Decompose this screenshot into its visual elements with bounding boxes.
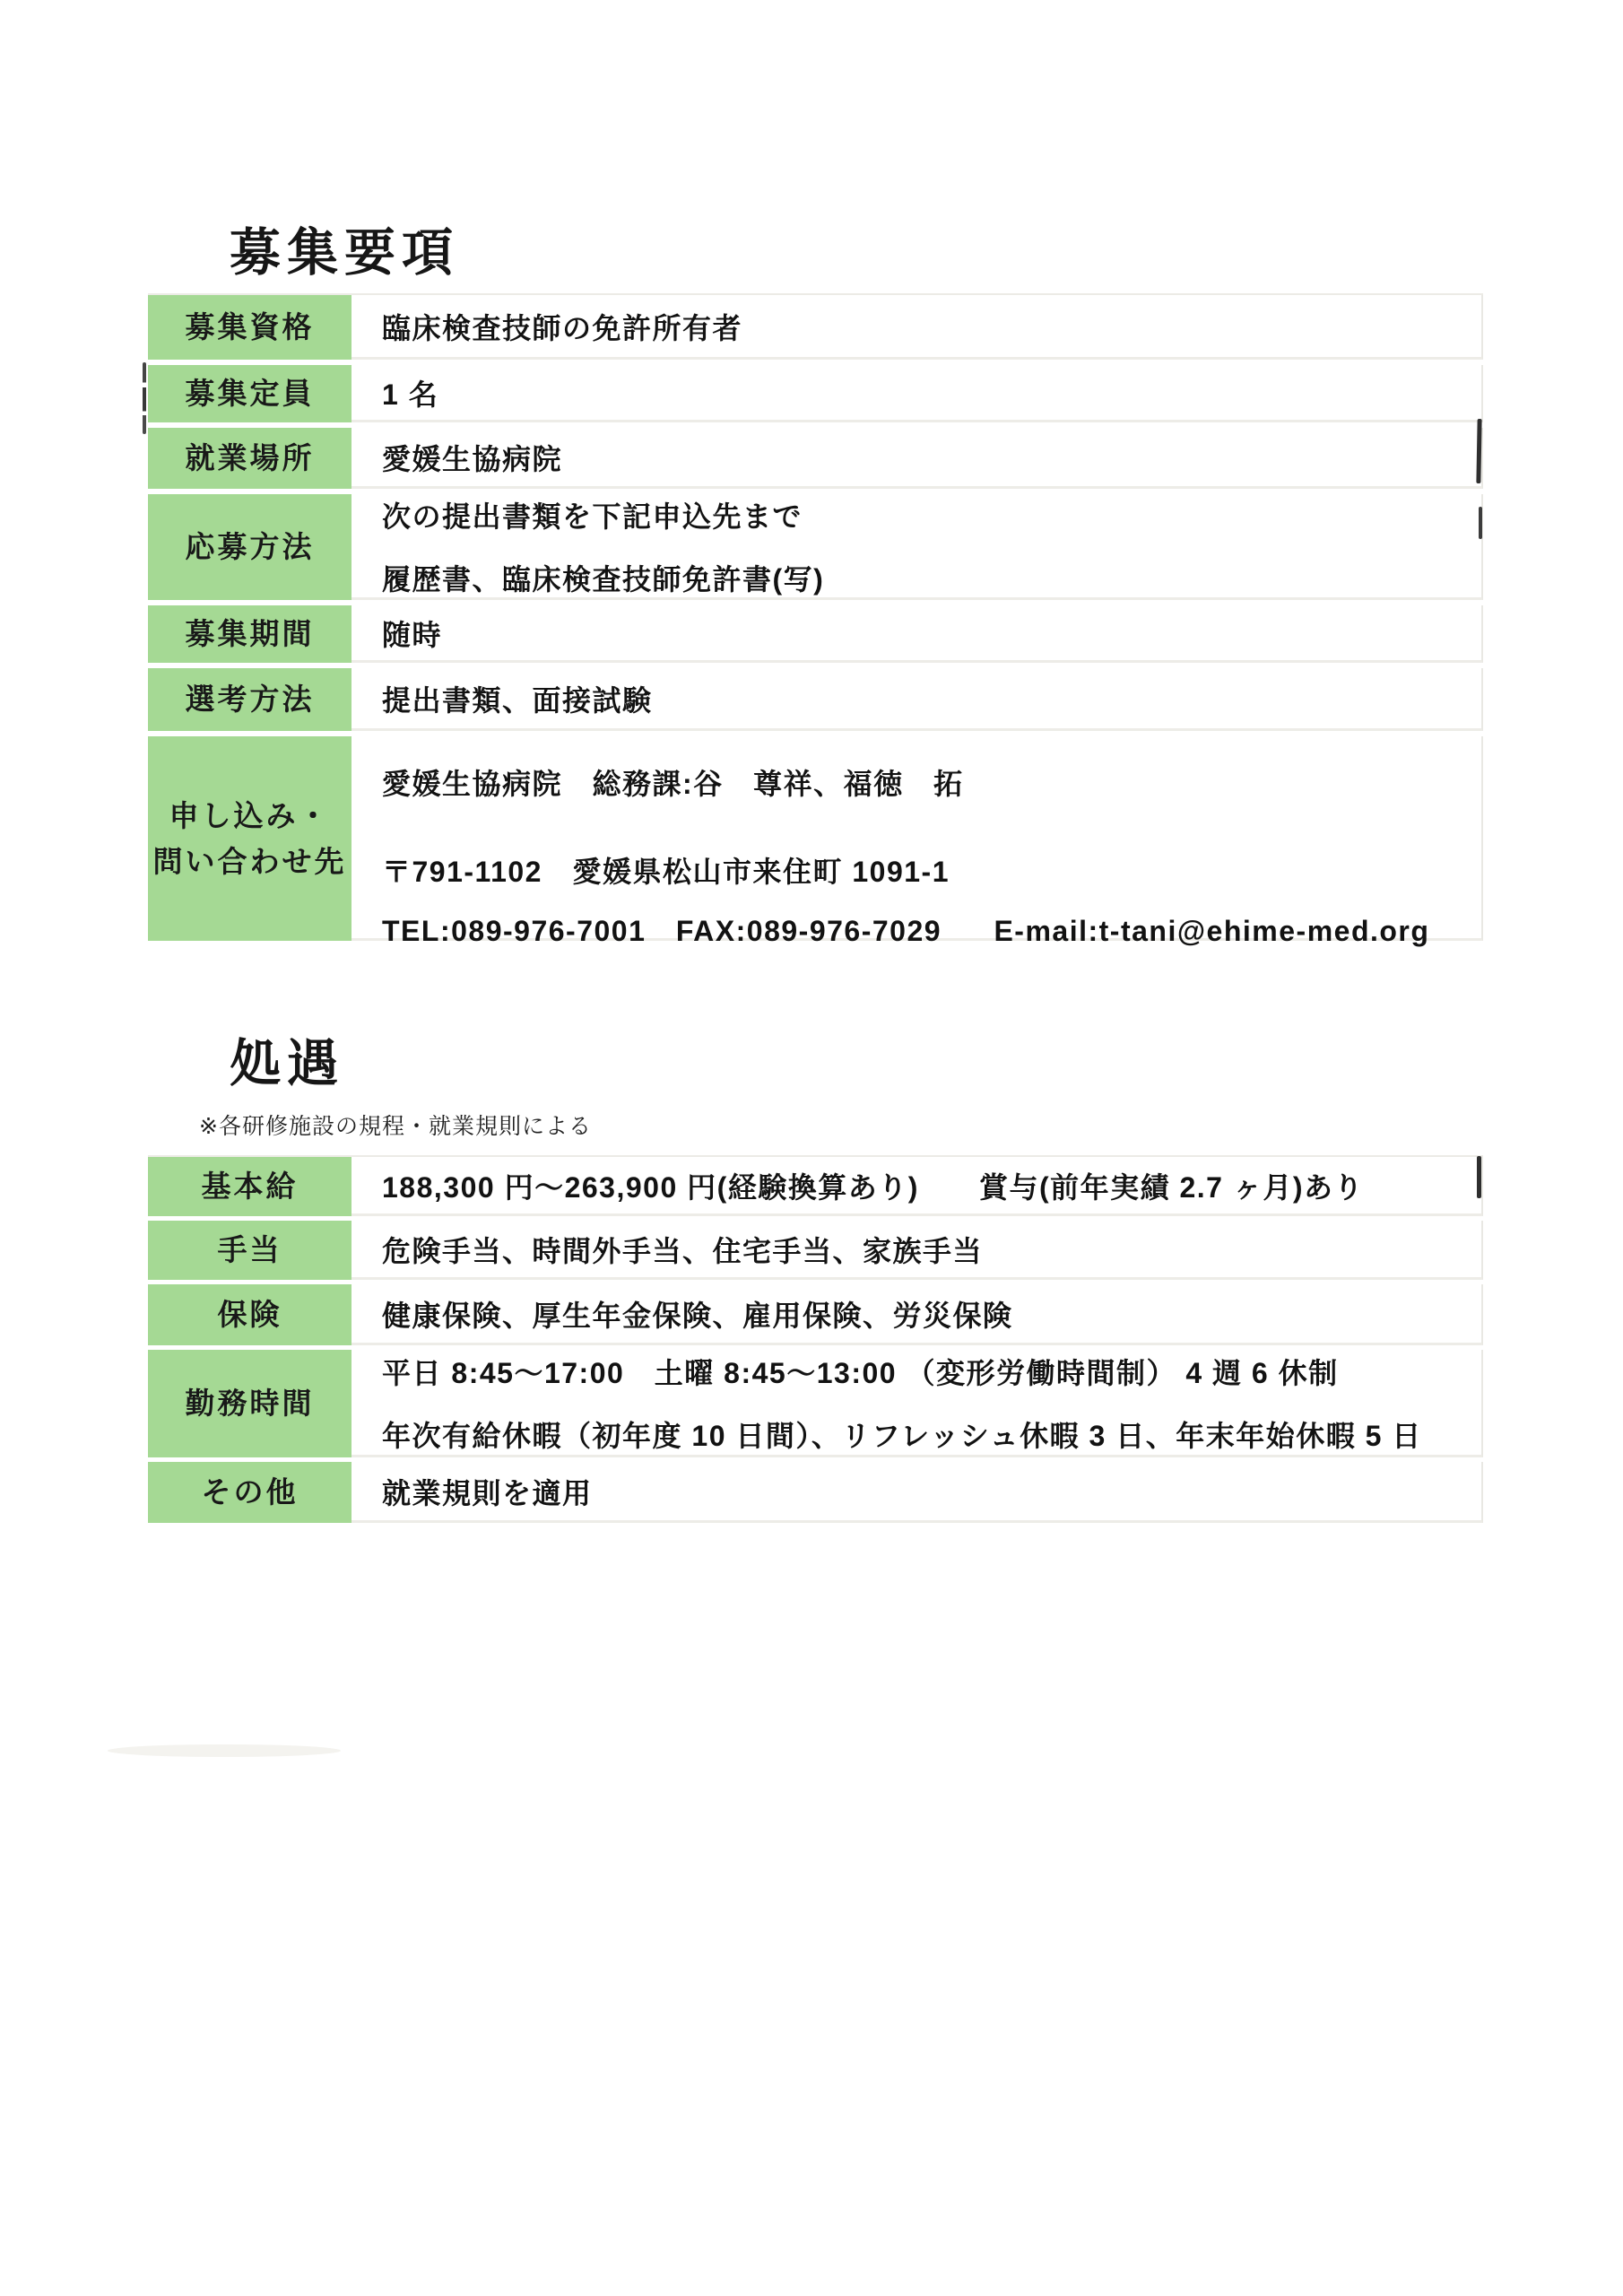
- row-value: 次の提出書類を下記申込先まで 履歴書、臨床検査技師免許書(写): [352, 494, 1483, 600]
- contact-line-tel-fax-email: TEL:089-976-7001 FAX:089-976-7029 E-mail…: [382, 909, 1481, 950]
- row-label: 手当: [148, 1221, 352, 1280]
- row-value: 1 名: [352, 365, 1483, 422]
- table-row-qualification: 募集資格 臨床検査技師の免許所有者: [148, 295, 1483, 360]
- row-value-line: 履歴書、臨床検査技師免許書(写): [382, 557, 1481, 598]
- row-label: 保険: [148, 1284, 352, 1345]
- row-label-line: 問い合わせ先: [153, 839, 347, 884]
- table-row-workplace: 就業場所 愛媛生協病院: [148, 428, 1483, 489]
- contact-line-address: 〒791-1102 愛媛県松山市来住町 1091-1: [382, 849, 1481, 891]
- row-value: 臨床検査技師の免許所有者: [352, 295, 1483, 360]
- row-value-line: 平日 8:45～17:00 土曜 8:45～13:00 （変形労働時間制） 4 …: [382, 1351, 1481, 1392]
- table-row-base-salary: 基本給 188,300 円～263,900 円(経験換算あり) 賞与(前年実績 …: [148, 1157, 1483, 1216]
- recruitment-section-title: 募集要項: [230, 212, 459, 285]
- row-value: 愛媛生協病院 総務課:谷 尊祥、福徳 拓 〒791-1102 愛媛県松山市来住町…: [352, 736, 1483, 941]
- contact-line-office: 愛媛生協病院 総務課:谷 尊祥、福徳 拓: [382, 761, 1481, 803]
- table-row-working-hours: 勤務時間 平日 8:45～17:00 土曜 8:45～13:00 （変形労働時間…: [148, 1350, 1483, 1457]
- row-value-text: 1 名: [382, 372, 1481, 413]
- email-text: E-mail:t-tani@ehime-med.org: [994, 915, 1429, 947]
- row-label: 募集定員: [148, 365, 352, 422]
- row-value: 就業規則を適用: [352, 1462, 1483, 1523]
- treatment-table: 基本給 188,300 円～263,900 円(経験換算あり) 賞与(前年実績 …: [148, 1155, 1483, 1527]
- row-label: その他: [148, 1462, 352, 1523]
- table-row-selection-method: 選考方法 提出書類、面接試験: [148, 668, 1483, 731]
- table-row-allowances: 手当 危険手当、時間外手当、住宅手当、家族手当: [148, 1221, 1483, 1280]
- scan-smudge: [108, 1744, 341, 1757]
- treatment-note: ※各研修施設の規程・就業規則による: [199, 1109, 592, 1141]
- row-value-text: 提出書類、面接試験: [382, 678, 1481, 719]
- row-value: 危険手当、時間外手当、住宅手当、家族手当: [352, 1221, 1483, 1280]
- treatment-section-title: 処遇: [230, 1022, 344, 1096]
- scanned-document-page: 募集要項 募集資格 臨床検査技師の免許所有者 募集定員 1 名 就業場所 愛媛生…: [0, 0, 1623, 2296]
- row-label: 募集資格: [148, 295, 352, 360]
- row-label: 就業場所: [148, 428, 352, 489]
- table-row-insurance: 保険 健康保険、厚生年金保険、雇用保険、労災保険: [148, 1284, 1483, 1345]
- scan-artifact: [1477, 1156, 1481, 1198]
- row-value-text: 就業規則を適用: [382, 1471, 1481, 1512]
- row-label: 応募方法: [148, 494, 352, 600]
- row-value: 平日 8:45～17:00 土曜 8:45～13:00 （変形労働時間制） 4 …: [352, 1350, 1483, 1457]
- table-row-capacity: 募集定員 1 名: [148, 365, 1483, 422]
- row-label: 申し込み・ 問い合わせ先: [148, 736, 352, 941]
- row-label: 勤務時間: [148, 1350, 352, 1457]
- table-row-contact: 申し込み・ 問い合わせ先 愛媛生協病院 総務課:谷 尊祥、福徳 拓 〒791-1…: [148, 736, 1483, 941]
- row-value-line: 次の提出書類を下記申込先まで: [382, 494, 1481, 535]
- row-value: 随時: [352, 605, 1483, 663]
- table-row-others: その他 就業規則を適用: [148, 1462, 1483, 1523]
- row-label: 選考方法: [148, 668, 352, 731]
- row-value: 提出書類、面接試験: [352, 668, 1483, 731]
- row-label: 基本給: [148, 1157, 352, 1216]
- row-value: 健康保険、厚生年金保険、雇用保険、労災保険: [352, 1284, 1483, 1345]
- table-row-period: 募集期間 随時: [148, 605, 1483, 663]
- row-value-line: 年次有給休暇（初年度 10 日間）、リフレッシュ休暇 3 日、年末年始休暇 5 …: [382, 1413, 1481, 1455]
- row-value-text: 健康保険、厚生年金保険、雇用保険、労災保険: [382, 1293, 1481, 1335]
- tel-fax-text: TEL:089-976-7001 FAX:089-976-7029: [382, 915, 942, 947]
- row-label: 募集期間: [148, 605, 352, 663]
- row-value: 愛媛生協病院: [352, 428, 1483, 489]
- row-value: 188,300 円～263,900 円(経験換算あり) 賞与(前年実績 2.7 …: [352, 1157, 1483, 1216]
- recruitment-table: 募集資格 臨床検査技師の免許所有者 募集定員 1 名 就業場所 愛媛生協病院 応…: [148, 293, 1483, 946]
- row-value-text: 危険手当、時間外手当、住宅手当、家族手当: [382, 1229, 1481, 1270]
- row-value-text: 愛媛生協病院: [382, 437, 1481, 478]
- row-value-text: 188,300 円～263,900 円(経験換算あり) 賞与(前年実績 2.7 …: [382, 1165, 1481, 1206]
- row-value-text: 臨床検査技師の免許所有者: [382, 306, 1481, 347]
- row-value-text: 随時: [382, 613, 1481, 654]
- scan-artifact: [1479, 507, 1482, 539]
- row-label-line: 申し込み・: [169, 793, 331, 839]
- scan-artifact: [143, 362, 146, 434]
- table-row-application-method: 応募方法 次の提出書類を下記申込先まで 履歴書、臨床検査技師免許書(写): [148, 494, 1483, 600]
